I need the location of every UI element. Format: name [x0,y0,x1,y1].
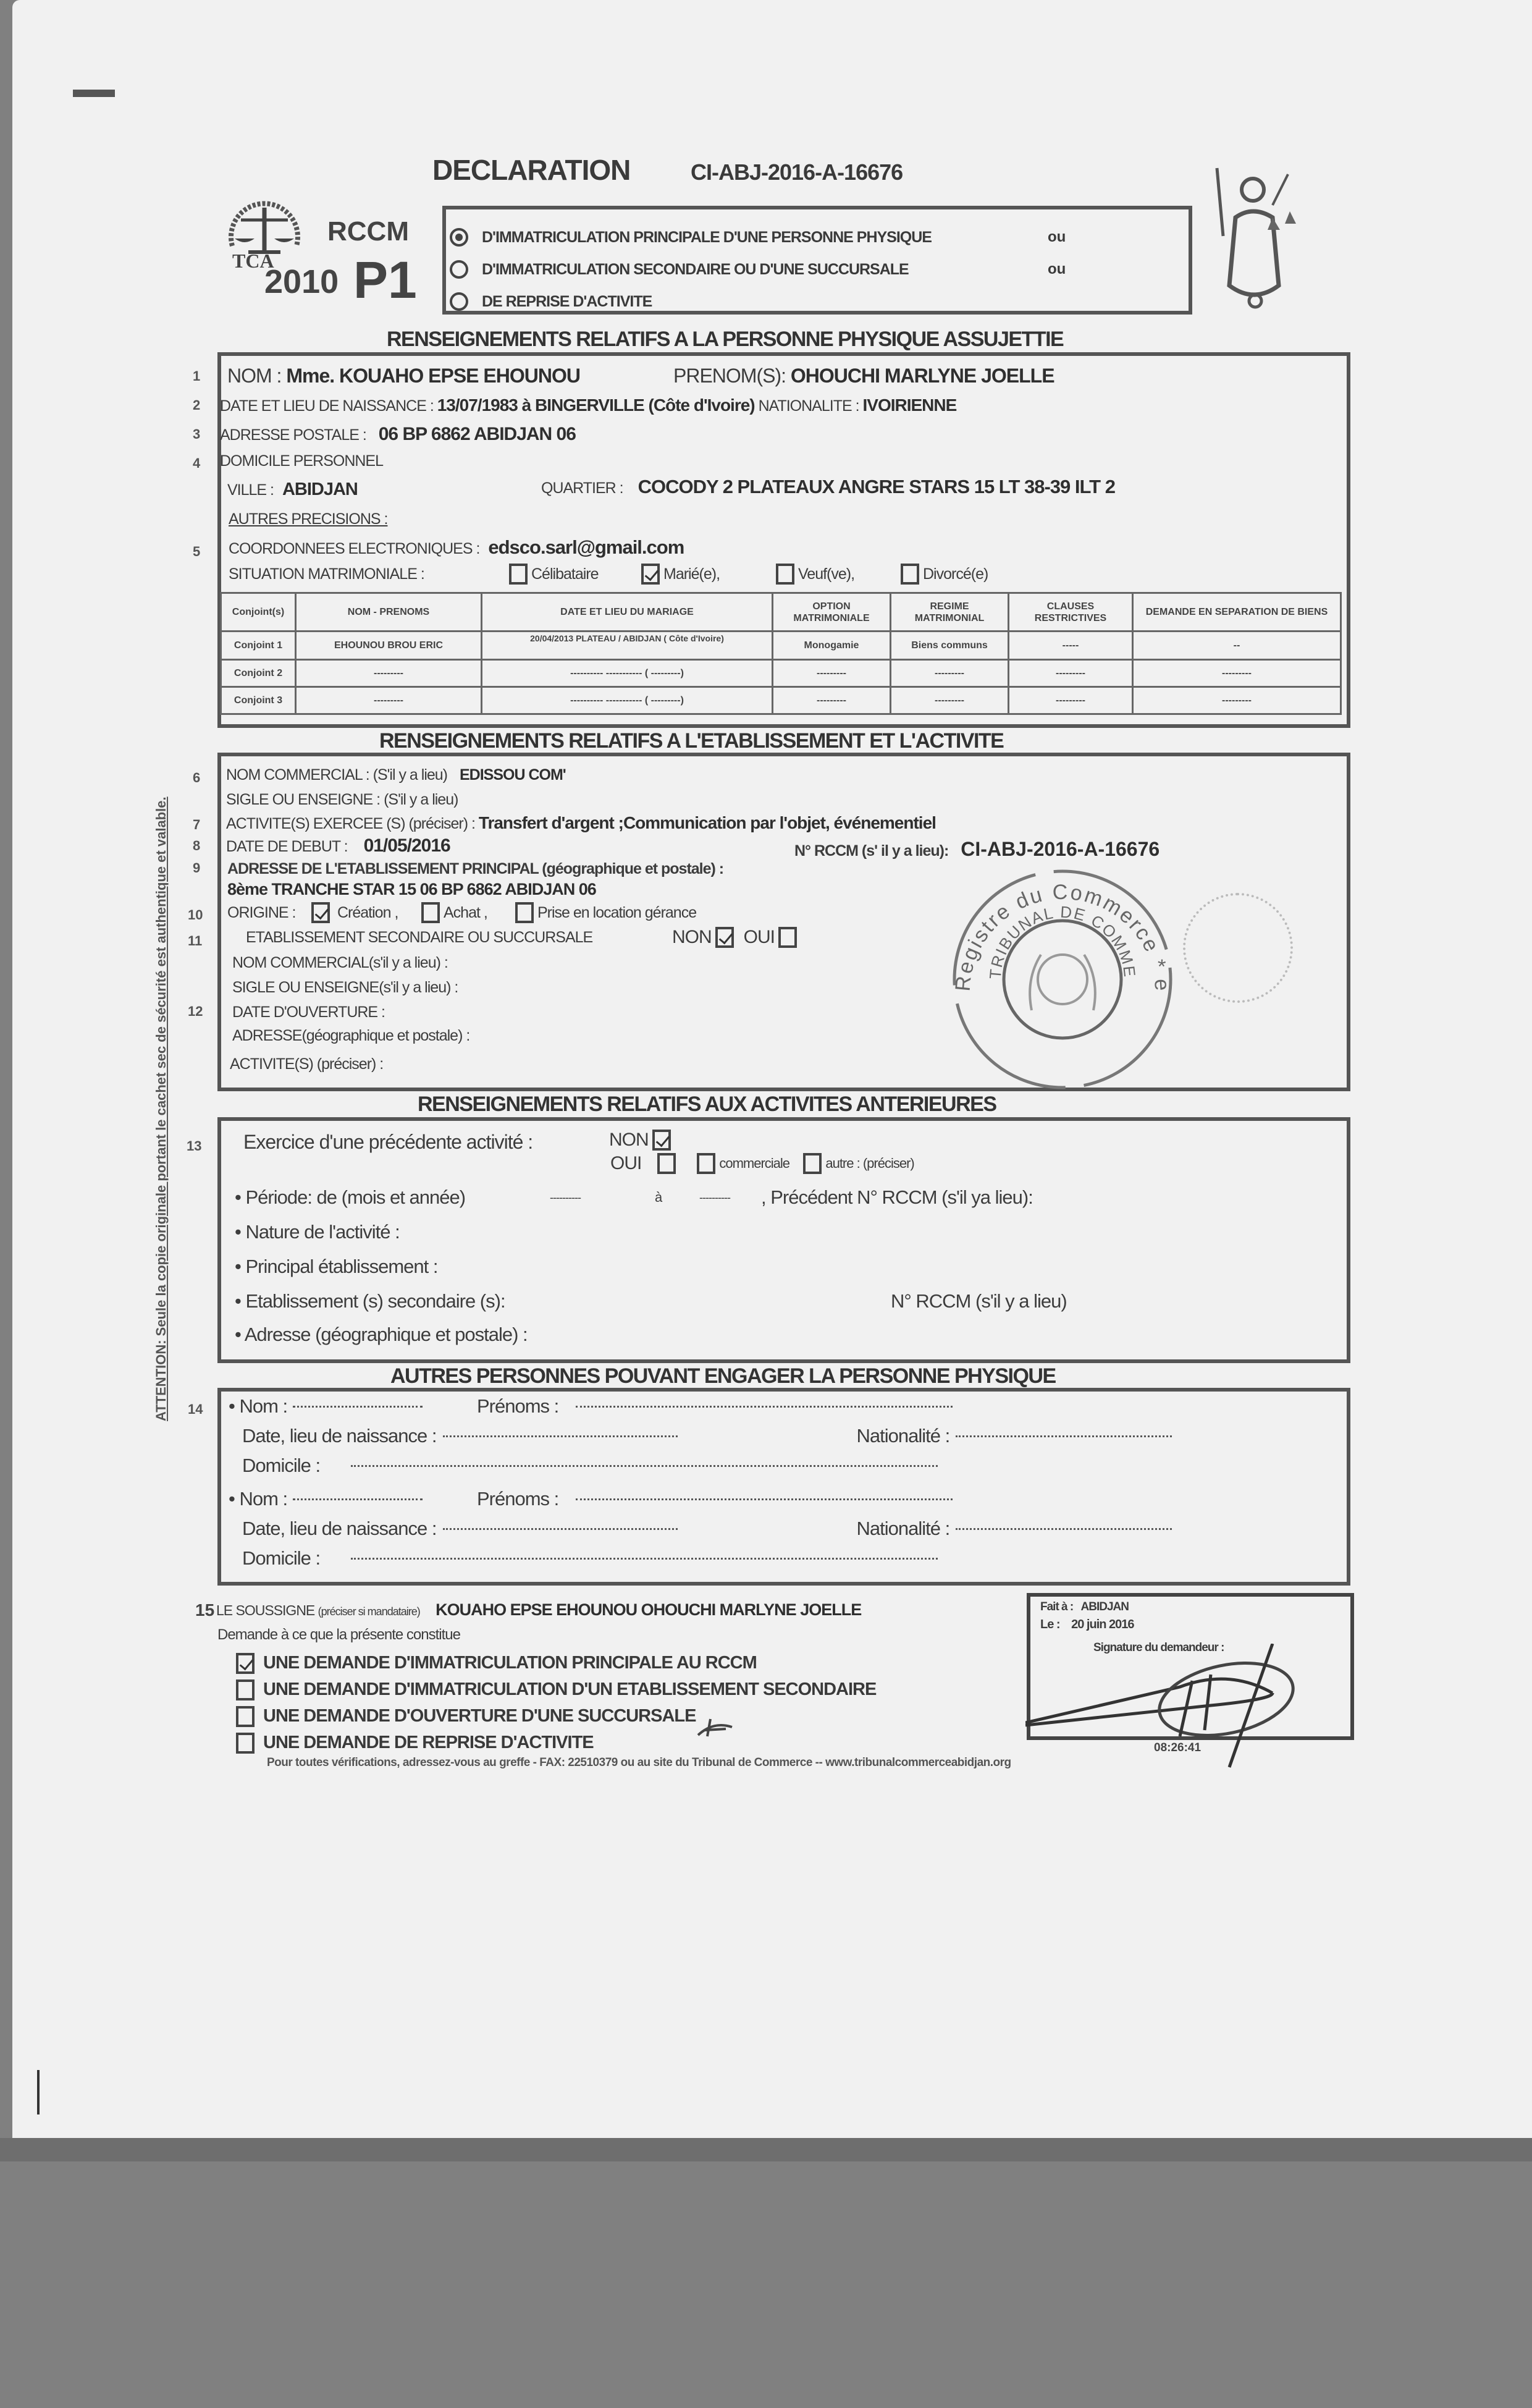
adresse-postale-field: ADRESSE POSTALE : 06 BP 6862 ABIDJAN 06 [220,424,576,445]
row-number: 8 [193,838,200,854]
row-number: 6 [193,770,200,786]
secondaire-field: ETABLISSEMENT SECONDAIRE OU SUCCURSALE N… [246,927,801,948]
ville-value: ABIDJAN [282,479,358,499]
request-option[interactable]: UNE DEMANDE DE REPRISE D'ACTIVITE [232,1730,876,1756]
checkbox-exercice-non[interactable] [652,1130,671,1151]
checkbox-veuf[interactable] [776,564,794,585]
row-number: 9 [193,860,200,876]
adresse-postale-value: 06 BP 6862 ABIDJAN 06 [379,424,576,444]
autres-precisions-label: AUTRES PRECISIONS : [229,510,387,528]
handwritten-signature-icon [1025,1644,1347,1780]
declaration-option-secondaire[interactable]: D'IMMATRICULATION SECONDAIRE OU D'UNE SU… [450,253,1066,285]
origine-field: ORIGINE : Création , Achat , Prise en lo… [227,902,696,923]
official-stamp-icon: Registre du Commerce * et du Crédit Mobi… [933,856,1192,1103]
nom-input[interactable] [293,1406,423,1408]
tca-logo: TCA [224,196,305,271]
situation-matrimoniale-field: SITUATION MATRIMONIALE : Célibataire Mar… [229,564,988,585]
nom-commercial-value: EDISSOU COM' [460,766,566,784]
quartier-field: QUARTIER : COCODY 2 PLATEAUX ANGRE STARS… [541,476,1115,498]
adresse-anterieure-label: • Adresse (géographique et postale) : [235,1324,528,1346]
document-title: DECLARATION [432,153,630,187]
prenoms-input[interactable] [576,1498,953,1500]
naissance-field: DATE ET LIEU DE NAISSANCE : 13/07/1983 à… [220,395,956,415]
declaration-option-principale[interactable]: D'IMMATRICULATION PRINCIPALE D'UNE PERSO… [450,221,1066,253]
checkbox-celibataire[interactable] [509,564,528,585]
email-value: edsco.sarl@gmail.com [488,536,684,558]
naissance-input[interactable] [443,1528,678,1530]
scan-mark-line [37,2070,40,2114]
checkbox-marie[interactable] [641,564,660,585]
row-number: 3 [193,426,200,442]
table-row: Conjoint 3 --------- ---------- --------… [221,687,1341,714]
row-number: 2 [193,397,200,413]
sec-adresse-label: ADRESSE(géographique et postale) : [232,1027,469,1045]
email-field: COORDONNEES ELECTRONIQUES : edsco.sarl@g… [229,536,684,559]
sec-date-ouverture-label: DATE D'OUVERTURE : [232,1003,385,1021]
form-code-top: RCCM [327,216,409,247]
nationalite-input[interactable] [956,1528,1172,1530]
demande-label: Demande à ce que la présente constitue [217,1626,460,1644]
request-option[interactable]: UNE DEMANDE D'OUVERTURE D'UNE SUCCURSALE [232,1703,876,1730]
secondaire-rccm-label: N° RCCM (s'il y a lieu) [891,1290,1067,1312]
section-heading-person: RENSEIGNEMENTS RELATIFS A LA PERSONNE PH… [387,327,1063,352]
checkbox-request-succursale[interactable] [236,1706,255,1727]
scan-mark [73,90,115,97]
exercice-label: Exercice d'une précédente activité : [243,1131,532,1154]
radio-reprise[interactable] [450,292,468,311]
radio-secondaire[interactable] [450,260,468,279]
activite-value: Transfert d'argent ;Communication par l'… [479,813,936,832]
table-row: Conjoint 1 EHOUNOU BROU ERIC 20/04/2013 … [221,632,1341,660]
row-number: 1 [193,368,200,384]
form-code: P1 [353,250,417,310]
prenoms-input[interactable] [576,1406,953,1408]
table-row: Conjoint 2 --------- ---------- --------… [221,660,1341,687]
exercice-oui: OUI commerciale autre : (préciser) [610,1153,914,1174]
sec-sigle-label: SIGLE OU ENSEIGNE(s'il y a lieu) : [232,979,458,997]
checkbox-secondaire-oui[interactable] [778,927,797,948]
checkbox-autre[interactable] [803,1153,822,1174]
section-heading-previous: RENSEIGNEMENTS RELATIFS AUX ACTIVITES AN… [418,1092,996,1117]
initials-icon [695,1718,738,1739]
row-number: 5 [193,544,200,560]
row-number: 7 [193,817,200,833]
checkbox-request-reprise[interactable] [236,1733,255,1754]
faint-stamp [1183,893,1293,1003]
soussigne-value: KOUAHO EPSE EHOUNOU OHOUCHI MARLYNE JOEL… [436,1600,861,1619]
checkbox-secondaire-non[interactable] [715,927,734,948]
prenom-field: PRENOM(S): OHOUCHI MARLYNE JOELLE [673,365,1054,387]
request-option[interactable]: UNE DEMANDE D'IMMATRICULATION D'UN ETABL… [232,1676,876,1703]
nom-commercial-field: NOM COMMERCIAL : (S'il y a lieu) EDISSOU… [226,766,566,784]
naissance-value: 13/07/1983 à BINGERVILLE (Côte d'Ivoire) [437,395,755,415]
lady-justice-icon [1211,162,1297,310]
soussigne-field: LE SOUSSIGNE (préciser si mandataire) KO… [216,1600,861,1620]
row-number: 10 [188,907,203,923]
adresse-etablissement-value: 8ème TRANCHE STAR 15 06 BP 6862 ABIDJAN … [227,880,596,899]
adresse-etablissement-label: ADRESSE DE L'ETABLISSEMENT PRINCIPAL (gé… [227,860,723,878]
nature-activite-label: • Nature de l'activité : [235,1221,400,1243]
lady-justice-illustration [1211,162,1297,310]
nationalite-value: IVOIRIENNE [862,395,956,415]
request-options: UNE DEMANDE D'IMMATRICULATION PRINCIPALE… [232,1650,876,1756]
fait-a-field: Fait à : ABIDJAN [1040,1600,1129,1614]
date-debut-value: 01/05/2016 [364,835,450,856]
checkbox-divorce[interactable] [901,564,919,585]
request-option[interactable]: UNE DEMANDE D'IMMATRICULATION PRINCIPALE… [232,1650,876,1676]
sec-nom-commercial-label: NOM COMMERCIAL(s'il y a lieu) : [232,954,448,972]
document-reference: CI-ABJ-2016-A-16676 [691,159,903,185]
row-number: 13 [187,1138,201,1154]
activite-field: ACTIVITE(S) EXERCEE (S) (préciser) : Tra… [226,813,936,833]
checkbox-exercice-oui[interactable] [657,1153,676,1174]
le-field: Le : 20 juin 2016 [1040,1618,1134,1632]
section-heading-others: AUTRES PERSONNES POUVANT ENGAGER LA PERS… [390,1364,1056,1388]
form-year: 2010 [264,263,339,301]
prenom-value: OHOUCHI MARLYNE JOELLE [791,365,1054,387]
declaration-type-options: D'IMMATRICULATION PRINCIPALE D'UNE PERSO… [450,221,1066,318]
row-number: 4 [193,455,200,471]
etablissement-secondaire-label: • Etablissement (s) secondaire (s): [235,1290,505,1312]
nom-field: NOM : Mme. KOUAHO EPSE EHOUNOU [227,365,580,387]
naissance-input[interactable] [443,1435,678,1437]
initials-mark [695,1718,738,1739]
ville-field: VILLE : ABIDJAN [227,479,358,500]
row-number: 11 [188,933,202,949]
domicile-input[interactable] [351,1558,938,1560]
verification-footer: Pour toutes vérifications, adressez-vous… [267,1756,1011,1770]
sec-activite-label: ACTIVITE(S) (préciser) : [230,1055,383,1073]
time-stamp: 08:26:41 [1154,1741,1201,1755]
checkbox-location-gerance[interactable] [515,902,534,923]
domicile-label: DOMICILE PERSONNEL [220,452,383,470]
checkbox-achat[interactable] [421,902,440,923]
checkbox-commerciale[interactable] [697,1153,715,1174]
section-heading-establishment: RENSEIGNEMENTS RELATIFS A L'ETABLISSEMEN… [379,729,1003,753]
row-number: 15 [195,1600,214,1620]
row-number: 14 [188,1401,203,1417]
nationalite-input[interactable] [956,1435,1172,1437]
table-header-row: Conjoint(s) NOM - PRENOMS DATE ET LIEU D… [221,593,1341,632]
checkbox-request-principale[interactable] [236,1653,255,1674]
principal-etablissement-label: • Principal établissement : [235,1256,437,1278]
signature-area[interactable] [1025,1644,1347,1780]
radio-principale[interactable] [450,228,468,247]
row-number: 12 [188,1003,203,1020]
nom-value: Mme. KOUAHO EPSE EHOUNOU [286,365,580,387]
marriage-table: Conjoint(s) NOM - PRENOMS DATE ET LIEU D… [220,592,1342,715]
exercice-non: NON [609,1130,675,1151]
sigle-label: SIGLE OU ENSEIGNE : (S'il y a lieu) [226,791,458,809]
authenticity-notice: ATTENTION: Seule la copie originale port… [153,796,169,1421]
scanner-edge-band [0,2138,1532,2161]
domicile-input[interactable] [351,1465,938,1467]
periode-field: • Période: de (mois et année) ----------… [235,1186,1033,1209]
quartier-value: COCODY 2 PLATEAUX ANGRE STARS 15 LT 38-3… [638,476,1115,497]
checkbox-creation[interactable] [311,902,330,923]
checkbox-request-secondaire[interactable] [236,1679,255,1700]
declaration-option-reprise[interactable]: DE REPRISE D'ACTIVITE [450,285,1066,318]
nom-input[interactable] [293,1498,423,1500]
tribunal-stamp: Registre du Commerce * et du Crédit Mobi… [933,856,1192,1103]
date-debut-field: DATE DE DEBUT : 01/05/2016 [226,835,450,856]
